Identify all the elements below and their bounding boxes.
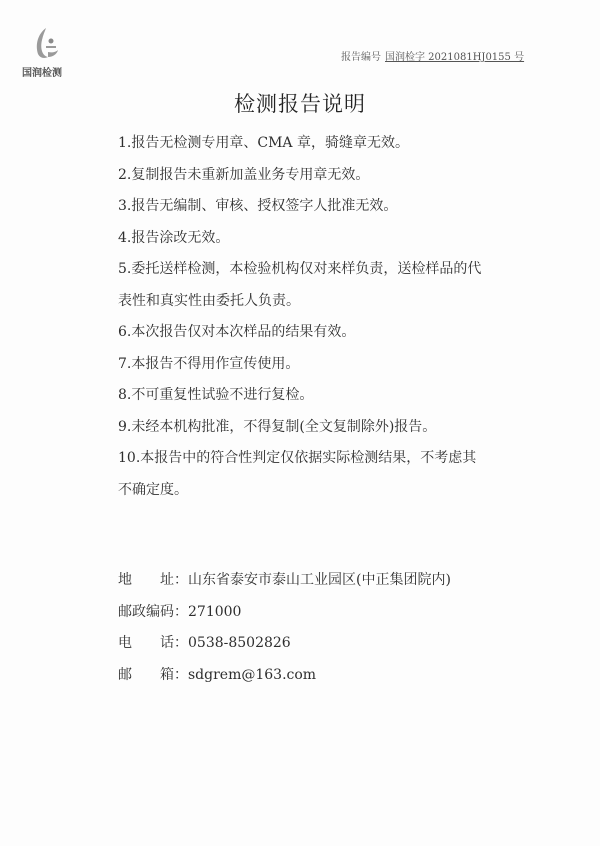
page-title: 检测报告说明 (0, 88, 600, 118)
contact-info: 地 址 ： 山东省泰安市泰山工业园区(中正集团院内) 邮政编码 ： 271000… (118, 565, 518, 691)
postcode-label: 邮政编码 (118, 597, 174, 629)
address-value: 山东省泰安市泰山工业园区(中正集团院内) (188, 565, 451, 597)
notes-list: 1.报告无检测专用章、CMA 章，骑缝章无效。 2.复制报告未重新加盖业务专用章… (118, 128, 508, 506)
note-item: 8.不可重复性试验不进行复检。 (118, 380, 508, 412)
email-row: 邮 箱 ： sdgrem@163.com (118, 660, 518, 692)
note-item: 3.报告无编制、审核、授权签字人批准无效。 (118, 191, 508, 223)
report-number-label: 报告编号 (341, 52, 381, 63)
address-label: 地 址 (118, 565, 174, 597)
phone-label: 电 话 (118, 628, 174, 660)
note-item: 7.本报告不得用作宣传使用。 (118, 349, 508, 381)
note-item-continued: 表性和真实性由委托人负责。 (118, 286, 508, 318)
phone-row: 电 话 ： 0538-8502826 (118, 628, 518, 660)
report-number-value: 国润检字 2021081HJ0155 号 (385, 52, 524, 63)
report-number: 报告编号国润检字 2021081HJ0155 号 (341, 48, 524, 63)
note-item: 1.报告无检测专用章、CMA 章，骑缝章无效。 (118, 128, 508, 160)
note-item: 10.本报告中的符合性判定仅依据实际检测结果，不考虑其 (118, 443, 508, 475)
phone-value: 0538-8502826 (188, 628, 291, 660)
note-item-continued: 不确定度。 (118, 475, 508, 507)
postcode-value: 271000 (188, 597, 241, 629)
note-item: 4.报告涂改无效。 (118, 223, 508, 255)
email-label: 邮 箱 (118, 660, 174, 692)
email-value: sdgrem@163.com (188, 660, 316, 692)
note-item: 9.未经本机构批准，不得复制(全文复制除外)报告。 (118, 412, 508, 444)
logo-text: 国润检测 (22, 64, 72, 79)
address-row: 地 址 ： 山东省泰安市泰山工业园区(中正集团院内) (118, 565, 518, 597)
note-item: 2.复制报告未重新加盖业务专用章无效。 (118, 160, 508, 192)
note-item: 6.本次报告仅对本次样品的结果有效。 (118, 317, 508, 349)
company-logo: 国润检测 (22, 26, 72, 80)
document-page: 国润检测 报告编号国润检字 2021081HJ0155 号 检测报告说明 1.报… (0, 0, 600, 846)
postcode-row: 邮政编码 ： 271000 (118, 597, 518, 629)
logo-mark-icon (32, 26, 62, 62)
note-item: 5.委托送样检测，本检验机构仅对来样负责，送检样品的代 (118, 254, 508, 286)
